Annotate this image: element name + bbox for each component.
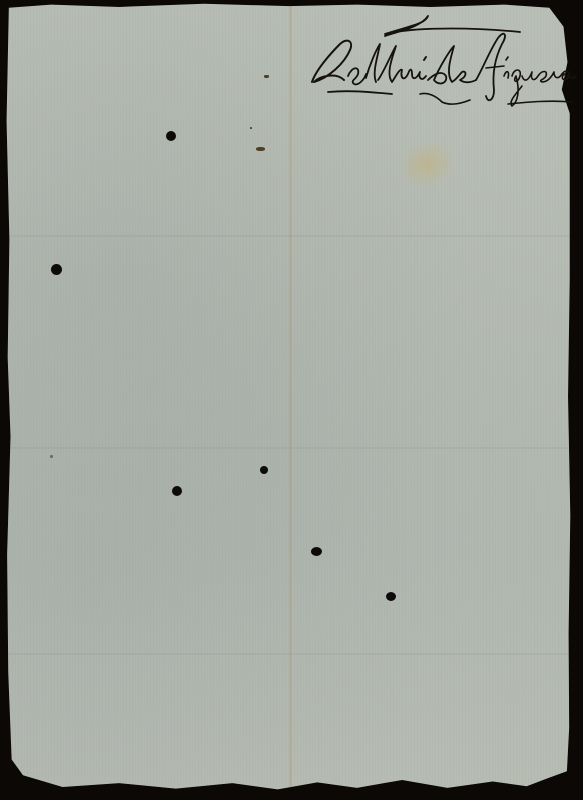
- faded-seal-stamp: [394, 135, 460, 192]
- worm-hole: [51, 264, 62, 275]
- cursive-handwriting-icon: [300, 10, 580, 110]
- ink-speck: [50, 455, 53, 458]
- worm-hole: [166, 131, 176, 141]
- worm-hole: [386, 592, 396, 601]
- ink-speck: [256, 147, 265, 151]
- worm-hole: [311, 547, 322, 556]
- worm-hole: [172, 486, 182, 496]
- ink-speck: [264, 75, 269, 78]
- ink-speck: [250, 127, 252, 129]
- manuscript-page: [6, 3, 572, 791]
- worm-hole: [260, 466, 268, 474]
- handwritten-inscription: Del luis de figueroa: [300, 10, 580, 110]
- vertical-fold-line: [289, 3, 292, 791]
